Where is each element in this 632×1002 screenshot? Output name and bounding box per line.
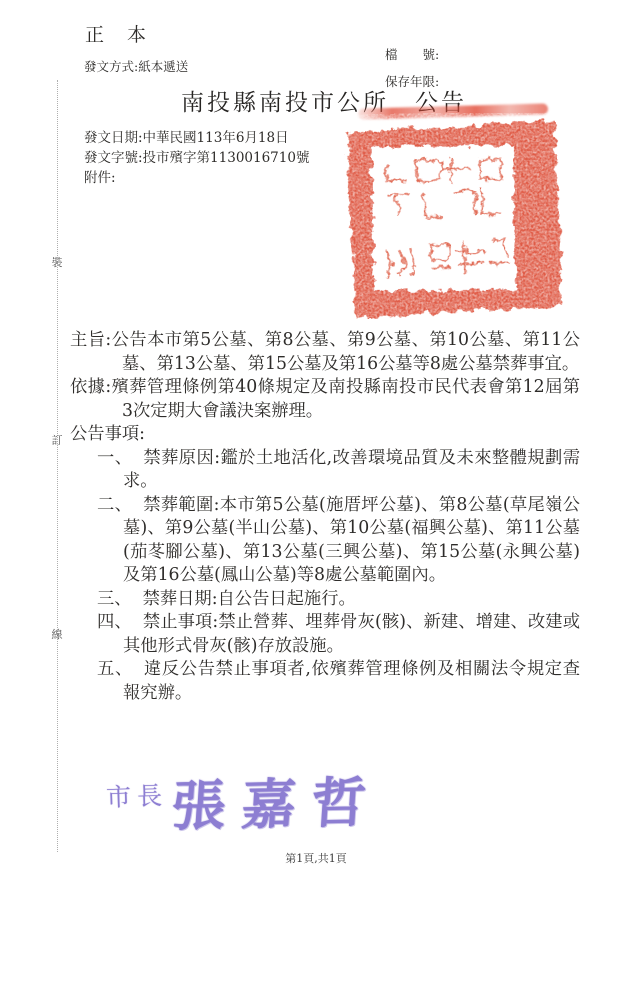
announcement-item-5: 五、違反公告禁止事項者,依殯葬管理條例及相關法令規定查報究辦。: [70, 658, 580, 705]
item-text: 禁止事項:禁止營葬、埋葬骨灰(骸)、新建、增建、改建或其他形式骨灰(骸)存放設施…: [123, 612, 580, 656]
announcement-item-2: 二、禁葬範圍:本市第5公墓(施厝坪公墓)、第8公墓(草尾嶺公墓)、第9公墓(半山…: [70, 494, 580, 588]
announcement-item-4: 四、禁止事項:禁止營葬、埋葬骨灰(骸)、新建、增建、改建或其他形式骨灰(骸)存放…: [70, 611, 580, 658]
binding-mark-xian: 線: [50, 626, 64, 642]
subject-text: 公告本市第5公墓、第8公墓、第9公墓、第10公墓、第11公墓、第13公墓、第15…: [111, 330, 580, 374]
item-text: 禁葬原因:鑑於土地活化,改善環境品質及未來整體規劃需求。: [123, 448, 580, 492]
item-number: 五、: [97, 659, 133, 679]
announcement-document: 裝 訂 線 正 本 發文方式:紙本遞送 檔 號: 保存年限: 南投縣南投市公所 …: [0, 0, 632, 1002]
item-number: 一、: [97, 448, 132, 468]
document-meta: 發文日期:中華民國113年6月18日 發文字號:投市殯字第1130016710號…: [84, 128, 309, 188]
attachment-label: 附件:: [84, 168, 309, 188]
delivery-method: 發文方式:紙本遞送: [84, 57, 188, 75]
binding-dotted-line: [57, 80, 58, 852]
mayor-title: 市長: [105, 776, 168, 814]
binding-mark-zhuang: 裝: [50, 254, 64, 270]
basis-label: 依據:: [70, 377, 111, 397]
copy-type-label: 正 本: [85, 20, 148, 47]
mayor-name: 張嘉哲: [169, 760, 384, 842]
basis-paragraph: 依據:殯葬管理條例第40條規定及南投縣南投市民代表會第12屆第3次定期大會議決案…: [70, 376, 580, 423]
items-header: 公告事項:: [70, 423, 580, 447]
subject-paragraph: 主旨:公告本市第5公墓、第8公墓、第9公墓、第10公墓、第11公墓、第13公墓、…: [70, 329, 580, 376]
item-number: 二、: [97, 495, 132, 515]
page-number: 第1頁,共1頁: [0, 850, 632, 866]
announcement-item-1: 一、禁葬原因:鑑於土地活化,改善環境品質及未來整體規劃需求。: [70, 447, 580, 494]
official-seal-graphic: [338, 113, 566, 323]
doc-number: 發文字號:投市殯字第1130016710號: [84, 148, 309, 168]
item-number: 四、: [97, 612, 132, 632]
official-seal: [338, 113, 566, 323]
mayor-signature: 市長張嘉哲: [106, 762, 382, 839]
item-text: 違反公告禁止事項者,依殯葬管理條例及相關法令規定查報究辦。: [123, 659, 580, 703]
binding-mark-ding: 訂: [50, 432, 64, 448]
item-text: 禁葬日期:自公告日起施行。: [143, 589, 356, 609]
file-number-label: 檔 號:: [385, 45, 439, 63]
item-number: 三、: [97, 589, 132, 609]
announcement-item-3: 三、禁葬日期:自公告日起施行。: [70, 588, 580, 612]
announcement-body: 主旨:公告本市第5公墓、第8公墓、第9公墓、第10公墓、第11公墓、第13公墓、…: [70, 329, 580, 705]
basis-text: 殯葬管理條例第40條規定及南投縣南投市民代表會第12屆第3次定期大會議決案辦理。: [111, 377, 580, 421]
subject-label: 主旨:: [70, 330, 111, 350]
issue-date: 發文日期:中華民國113年6月18日: [84, 128, 309, 148]
item-text: 禁葬範圍:本市第5公墓(施厝坪公墓)、第8公墓(草尾嶺公墓)、第9公墓(半山公墓…: [123, 495, 580, 586]
